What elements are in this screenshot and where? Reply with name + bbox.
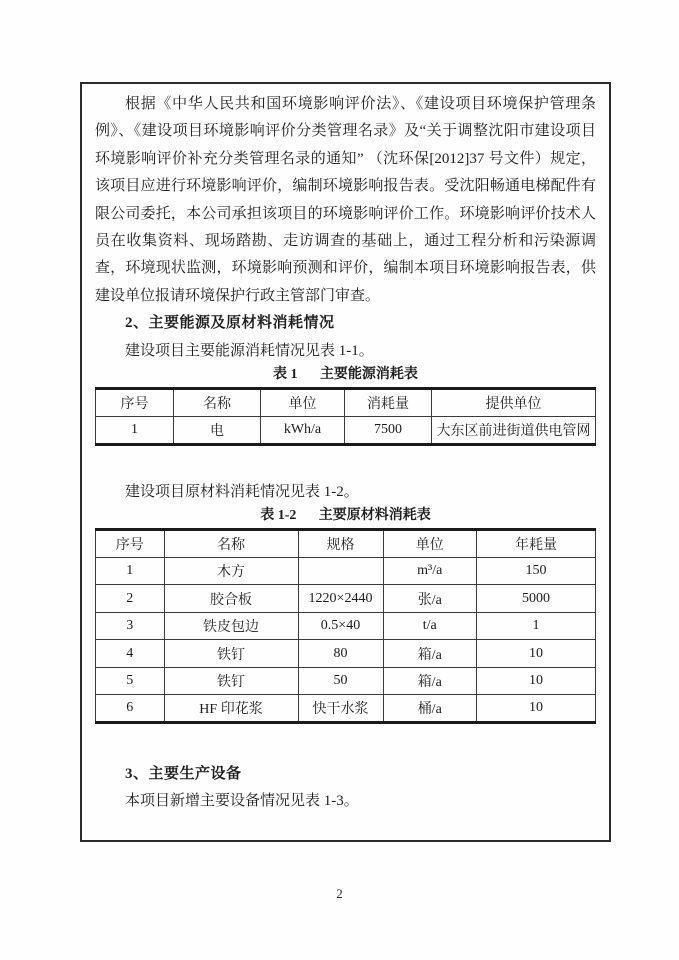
table-cell: 10: [477, 667, 596, 695]
table-cell: 大东区前进街道供电管网: [432, 417, 596, 445]
table-cell: 胶合板: [164, 585, 298, 613]
table-cell: kWh/a: [261, 417, 345, 445]
table-2-caption-title: 主要原材料消耗表: [319, 508, 431, 523]
table-cell: 5: [96, 667, 165, 695]
section-2-heading: 2、主要能源及原材料消耗情况: [95, 310, 596, 337]
table-row: 3铁皮包边0.5×40t/a1: [96, 612, 596, 640]
table-2-caption: 表 1-2主要原材料消耗表: [95, 507, 596, 525]
table-row: 1电kWh/a7500大东区前进街道供电管网: [96, 417, 596, 445]
table-cell: 铁皮包边: [164, 612, 298, 640]
table-3-intro-line: 本项目新增主要设备情况见表 1-3。: [95, 788, 596, 815]
spacer: [95, 446, 596, 479]
column-header: 序号: [96, 530, 165, 558]
table-1-intro-line: 建设项目主要能源消耗情况见表 1-1。: [95, 338, 596, 365]
table-cell: 2: [96, 585, 165, 613]
table-cell: 箱/a: [383, 640, 477, 668]
table-1-caption: 表 1主要能源消耗表: [95, 366, 596, 384]
table-cell: 1220×2440: [298, 585, 383, 613]
column-header: 年耗量: [477, 530, 596, 558]
table-cell: 10: [477, 695, 596, 723]
table-cell: [298, 557, 383, 585]
table-row: 6HF 印花浆快干水浆桶/a10: [96, 695, 596, 723]
table-cell: 1: [477, 612, 596, 640]
column-header: 序号: [96, 389, 174, 417]
table-cell: 5000: [477, 585, 596, 613]
column-header: 单位: [261, 389, 345, 417]
intro-paragraph: 根据《中华人民共和国环境影响评价法》、《建设项目环境保护管理条例》、《建设项目环…: [95, 91, 596, 310]
table-cell: 80: [298, 640, 383, 668]
table-cell: t/a: [383, 612, 477, 640]
table-cell: 7500: [345, 417, 432, 445]
table-cell: HF 印花浆: [164, 695, 298, 723]
table-cell: 铁钉: [164, 667, 298, 695]
table-cell: 1: [96, 557, 165, 585]
spacer: [95, 724, 596, 761]
table-header-row: 序号名称单位消耗量提供单位: [96, 389, 596, 417]
table-row: 5铁钉50箱/a10: [96, 667, 596, 695]
table-2-caption-label: 表 1-2: [260, 508, 296, 523]
table-row: 4铁钉80箱/a10: [96, 640, 596, 668]
table-cell: 桶/a: [383, 695, 477, 723]
table-cell: 木方: [164, 557, 298, 585]
document-page-frame: 根据《中华人民共和国环境影响评价法》、《建设项目环境保护管理条例》、《建设项目环…: [80, 82, 611, 842]
column-header: 提供单位: [432, 389, 596, 417]
table-cell: m³/a: [383, 557, 477, 585]
energy-consumption-table: 序号名称单位消耗量提供单位 1电kWh/a7500大东区前进街道供电管网: [95, 387, 596, 446]
table-cell: 10: [477, 640, 596, 668]
table-header-row: 序号名称规格单位年耗量: [96, 530, 596, 558]
table-cell: 电: [174, 417, 261, 445]
table-cell: 张/a: [383, 585, 477, 613]
table-1-caption-title: 主要能源消耗表: [320, 367, 418, 382]
table-2-intro-line: 建设项目原材料消耗情况见表 1-2。: [95, 479, 596, 506]
table-cell: 铁钉: [164, 640, 298, 668]
table-cell: 150: [477, 557, 596, 585]
column-header: 消耗量: [345, 389, 432, 417]
table-cell: 4: [96, 640, 165, 668]
raw-material-consumption-table: 序号名称规格单位年耗量 1木方m³/a1502胶合板1220×2440张/a50…: [95, 528, 596, 724]
table-cell: 1: [96, 417, 174, 445]
page-number: 2: [0, 886, 679, 902]
table-cell: 快干水浆: [298, 695, 383, 723]
column-header: 单位: [383, 530, 477, 558]
table-row: 2胶合板1220×2440张/a5000: [96, 585, 596, 613]
table-cell: 3: [96, 612, 165, 640]
column-header: 名称: [164, 530, 298, 558]
table-cell: 6: [96, 695, 165, 723]
table-cell: 0.5×40: [298, 612, 383, 640]
column-header: 规格: [298, 530, 383, 558]
column-header: 名称: [174, 389, 261, 417]
section-3-heading: 3、主要生产设备: [95, 761, 596, 788]
table-1-caption-label: 表 1: [273, 367, 298, 382]
table-cell: 50: [298, 667, 383, 695]
table-cell: 箱/a: [383, 667, 477, 695]
table-row: 1木方m³/a150: [96, 557, 596, 585]
